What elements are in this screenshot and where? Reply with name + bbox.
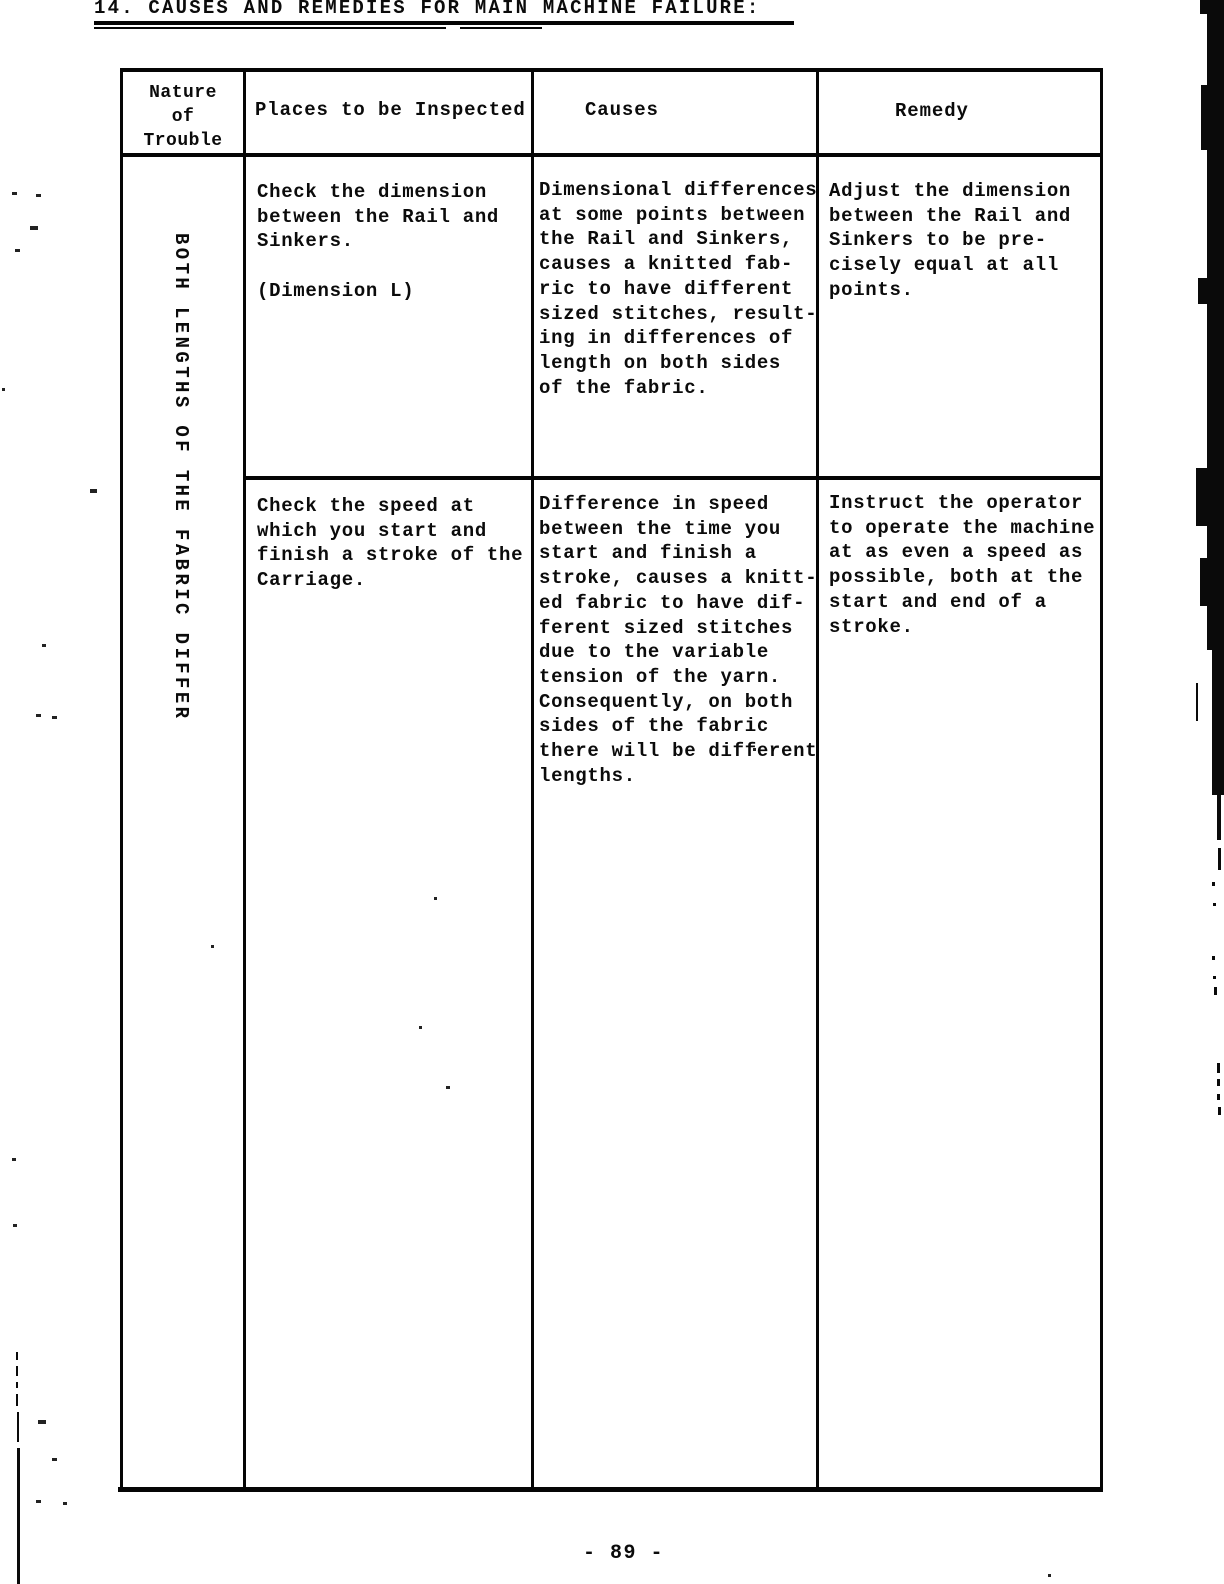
scan-speck xyxy=(63,1502,67,1505)
scan-edge-bar xyxy=(1201,85,1208,150)
scan-speck xyxy=(434,897,437,900)
scan-edge-bar xyxy=(1200,0,1208,14)
scan-speck xyxy=(12,192,17,195)
header-causes: Causes xyxy=(585,99,659,121)
scan-line-left xyxy=(16,1382,18,1388)
scan-line-left xyxy=(16,1352,18,1360)
table-header-divider xyxy=(120,153,1103,157)
table-border-left xyxy=(120,68,123,1492)
scan-line-left xyxy=(16,1366,18,1376)
scan-mark xyxy=(1217,1094,1220,1100)
scan-speck xyxy=(446,1086,450,1089)
header-places-to-be-inspected: Places to be Inspected xyxy=(255,99,526,121)
scan-speck xyxy=(36,1500,41,1503)
scan-mark xyxy=(1217,1063,1220,1073)
scan-speck xyxy=(1048,1574,1051,1577)
scan-mark xyxy=(1218,1107,1221,1115)
scan-speck xyxy=(36,194,41,197)
scan-mark xyxy=(1196,683,1198,721)
scan-mark xyxy=(1212,882,1215,886)
scan-speck xyxy=(38,1420,46,1424)
scan-edge-bar xyxy=(1217,795,1221,840)
scan-edge-bar xyxy=(1212,650,1224,795)
table-column-divider-1 xyxy=(243,68,246,1490)
title-underline-secondary xyxy=(94,27,446,29)
scan-mark xyxy=(1212,956,1215,960)
scan-speck xyxy=(42,644,46,647)
table-border-top xyxy=(120,68,1103,72)
scan-mark xyxy=(1213,903,1216,906)
document-page: 14. CAUSES AND REMEDIES FOR MAIN MACHINE… xyxy=(0,0,1224,1584)
row1-places-cell: Check the dimension between the Rail and… xyxy=(257,180,537,304)
row2-remedy-cell: Instruct the operator to operate the mac… xyxy=(829,491,1107,639)
scan-edge-bar xyxy=(1218,848,1221,870)
scan-edge-bar xyxy=(1207,0,1224,650)
scan-speck xyxy=(12,1158,16,1161)
header-nature-of-trouble: Nature of Trouble xyxy=(121,81,245,153)
scan-speck xyxy=(2,388,5,391)
scan-speck xyxy=(419,1026,422,1029)
scan-edge-bar xyxy=(1200,558,1209,606)
scan-line-left xyxy=(17,1412,19,1442)
scan-speck xyxy=(753,748,756,751)
header-remedy: Remedy xyxy=(895,100,969,122)
page-title: 14. CAUSES AND REMEDIES FOR MAIN MACHINE… xyxy=(94,0,761,19)
scan-edge-bar xyxy=(1198,278,1207,304)
scan-line-left xyxy=(16,1394,18,1406)
title-underline xyxy=(94,21,794,25)
row2-causes-cell: Difference in speed between the time you… xyxy=(539,492,823,788)
scan-mark xyxy=(1217,1079,1220,1086)
table-border-bottom xyxy=(118,1487,1103,1492)
trouble-group-label-vertical: BOTH LENGTHS OF THE FABRIC DIFFER xyxy=(170,233,192,721)
scan-speck xyxy=(90,489,97,493)
scan-speck xyxy=(30,226,38,230)
scan-mark xyxy=(1214,987,1217,995)
row1-remedy-cell: Adjust the dimension between the Rail an… xyxy=(829,179,1107,303)
title-underline-secondary xyxy=(460,27,542,29)
scan-speck xyxy=(211,945,214,948)
scan-line-left xyxy=(17,1448,20,1584)
scan-speck xyxy=(15,249,20,252)
table-row-divider xyxy=(243,476,1103,480)
scan-speck xyxy=(13,1224,17,1227)
scan-mark xyxy=(1213,976,1216,979)
scan-speck xyxy=(52,1458,57,1461)
row2-places-cell: Check the speed at which you start and f… xyxy=(257,494,541,593)
page-number: - 89 - xyxy=(583,1542,664,1565)
row1-causes-cell: Dimensional differences at some points b… xyxy=(539,178,823,400)
scan-speck xyxy=(52,716,57,719)
scan-edge-bar xyxy=(1196,468,1207,526)
scan-speck xyxy=(36,714,41,717)
